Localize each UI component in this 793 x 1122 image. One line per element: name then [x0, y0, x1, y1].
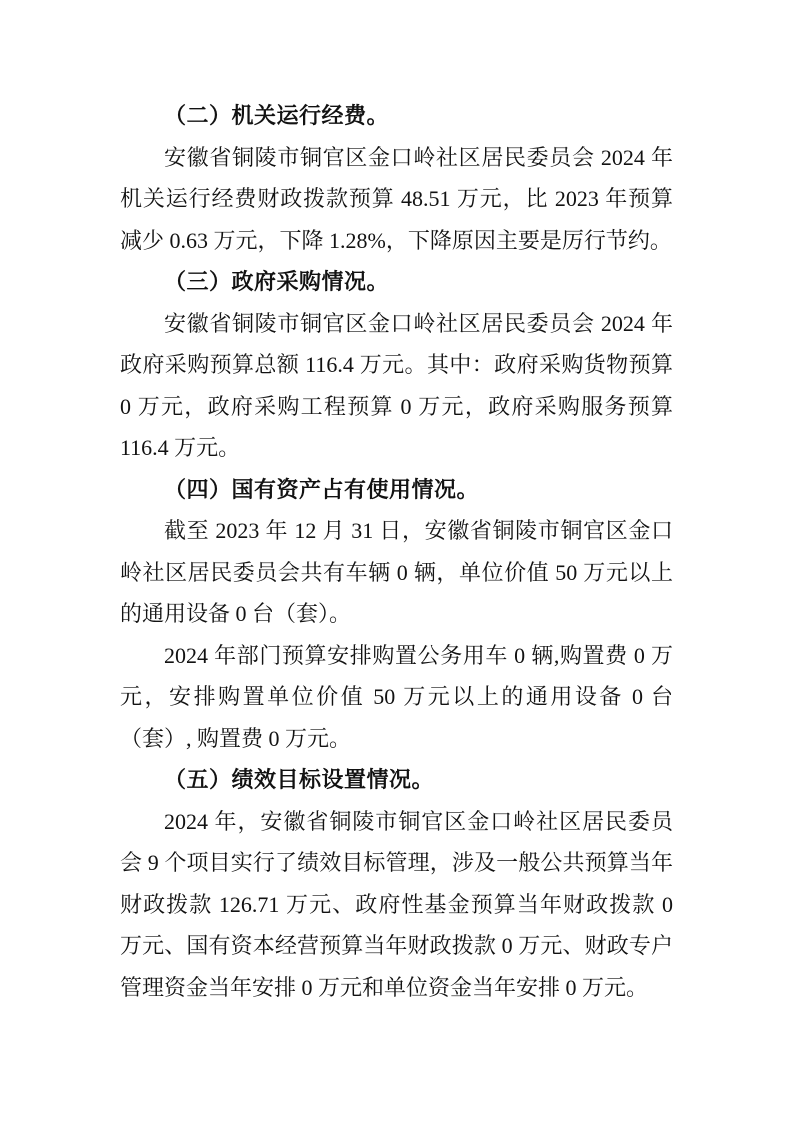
document-page: （二）机关运行经费。 安徽省铜陵市铜官区金口岭社区居民委员会 2024 年机关运… [0, 0, 793, 1122]
section-heading-government-procurement: （三）政府采购情况。 [120, 261, 673, 303]
document-content: （二）机关运行经费。 安徽省铜陵市铜官区金口岭社区居民委员会 2024 年机关运… [120, 95, 673, 1008]
section-heading-agency-operating-costs: （二）机关运行经费。 [120, 95, 673, 137]
paragraph-agency-operating-costs: 安徽省铜陵市铜官区金口岭社区居民委员会 2024 年机关运行经费财政拨款预算 4… [120, 137, 673, 262]
paragraph-state-owned-assets-2024-plan: 2024 年部门预算安排购置公务用车 0 辆,购置费 0 万元，安排购置单位价值… [120, 635, 673, 760]
section-heading-performance-targets: （五）绩效目标设置情况。 [120, 759, 673, 801]
paragraph-government-procurement: 安徽省铜陵市铜官区金口岭社区居民委员会 2024 年政府采购预算总额 116.4… [120, 303, 673, 469]
paragraph-performance-targets: 2024 年，安徽省铜陵市铜官区金口岭社区居民委员会 9 个项目实行了绩效目标管… [120, 801, 673, 1009]
paragraph-state-owned-assets-current: 截至 2023 年 12 月 31 日，安徽省铜陵市铜官区金口岭社区居民委员会共… [120, 510, 673, 635]
section-heading-state-owned-assets: （四）国有资产占有使用情况。 [120, 469, 673, 511]
